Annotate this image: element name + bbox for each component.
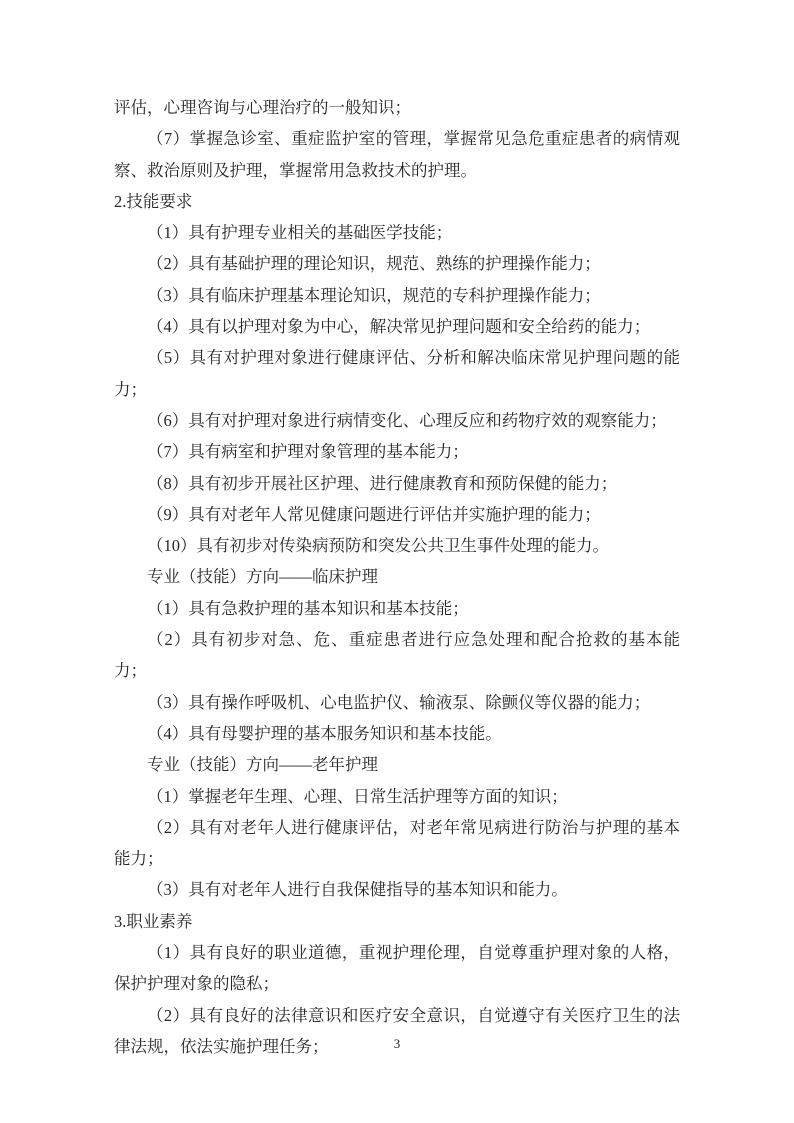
page-number: 3 xyxy=(0,1036,794,1052)
paragraph: 专业（技能）方向——老年护理 xyxy=(114,749,680,780)
paragraph: （6）具有对护理对象进行病情变化、心理反应和药物疗效的观察能力； xyxy=(114,405,680,436)
paragraph: （5）具有对护理对象进行健康评估、分析和解决临床常见护理问题的能力； xyxy=(114,342,680,405)
paragraph: 专业（技能）方向——临床护理 xyxy=(114,561,680,592)
paragraph: （1）掌握老年生理、心理、日常生活护理等方面的知识； xyxy=(114,781,680,812)
paragraph: （1）具有良好的职业道德，重视护理伦理，自觉尊重护理对象的人格，保护护理对象的隐… xyxy=(114,937,680,1000)
paragraph: （4）具有母婴护理的基本服务知识和基本技能。 xyxy=(114,718,680,749)
paragraph: （8）具有初步开展社区护理、进行健康教育和预防保健的能力； xyxy=(114,468,680,499)
paragraph: 评估，心理咨询与心理治疗的一般知识； xyxy=(114,92,680,123)
paragraph: （3）具有临床护理基本理论知识，规范的专科护理操作能力； xyxy=(114,280,680,311)
paragraph: （9）具有对老年人常见健康问题进行评估并实施护理的能力； xyxy=(114,499,680,530)
paragraph: （2）具有良好的法律意识和医疗安全意识，自觉遵守有关医疗卫生的法律法规，依法实施… xyxy=(114,1000,680,1063)
paragraph: （1）具有急救护理的基本知识和基本技能； xyxy=(114,593,680,624)
paragraph: （7）具有病室和护理对象管理的基本能力； xyxy=(114,436,680,467)
paragraph: 3.职业素养 xyxy=(114,906,680,937)
paragraph: （1）具有护理专业相关的基础医学技能； xyxy=(114,217,680,248)
paragraph: （7）掌握急诊室、重症监护室的管理，掌握常见急危重症患者的病情观察、救治原则及护… xyxy=(114,123,680,186)
paragraph: （2）具有初步对急、危、重症患者进行应急处理和配合抢救的基本能力； xyxy=(114,624,680,687)
paragraph: （4）具有以护理对象为中心，解决常见护理问题和安全给药的能力； xyxy=(114,311,680,342)
paragraph: （3）具有对老年人进行自我保健指导的基本知识和能力。 xyxy=(114,874,680,905)
paragraph: （2）具有对老年人进行健康评估，对老年常见病进行防治与护理的基本能力； xyxy=(114,812,680,875)
paragraph: （3）具有操作呼吸机、心电监护仪、输液泵、除颤仪等仪器的能力； xyxy=(114,687,680,718)
document-body: 评估，心理咨询与心理治疗的一般知识；（7）掌握急诊室、重症监护室的管理，掌握常见… xyxy=(114,92,680,1062)
paragraph: （10）具有初步对传染病预防和突发公共卫生事件处理的能力。 xyxy=(114,530,680,561)
paragraph: 2.技能要求 xyxy=(114,186,680,217)
document-page: 评估，心理咨询与心理治疗的一般知识；（7）掌握急诊室、重症监护室的管理，掌握常见… xyxy=(0,0,794,1123)
paragraph: （2）具有基础护理的理论知识，规范、熟练的护理操作能力； xyxy=(114,248,680,279)
